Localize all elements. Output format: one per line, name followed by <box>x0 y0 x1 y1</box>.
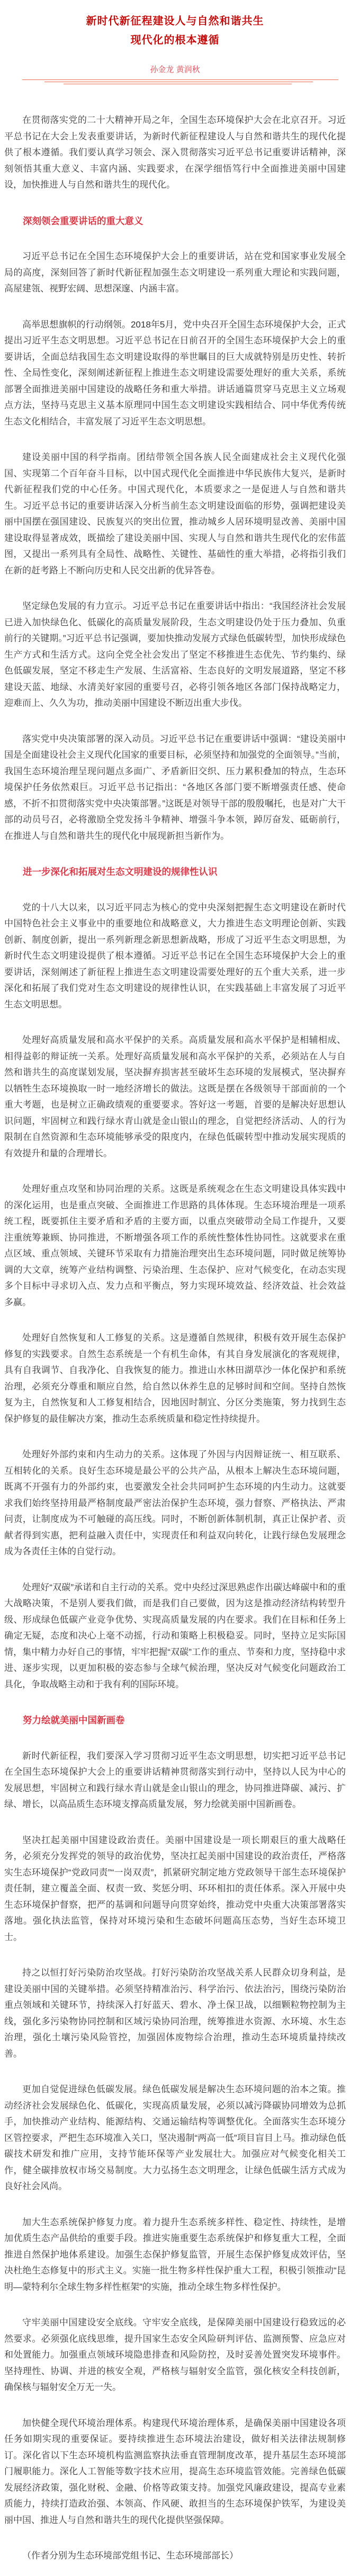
article-paragraph: 处理好外部约束和内生动力的关系。这体现了外因与内因辩证统一、相互联系、互相转化的… <box>4 1447 346 1560</box>
article-paragraph: 党的十八大以来，以习近平同志为核心的党中央深刻把握生态文明建设在新时代中国特色社… <box>4 900 346 1013</box>
title-line-1: 新时代新征程建设人与自然和谐共生 <box>4 12 346 31</box>
article-paragraph: 习近平总书记在全国生态环境保护大会上的重要讲话，站在党和国家事业发展全局的高度，… <box>4 249 346 297</box>
title-line-2: 现代化的根本遵循 <box>4 31 346 50</box>
article-paragraph: 守牢美丽中国建设安全底线。守牢安全底线，是保障美丽中国建设行稳致远的必然要求。必… <box>4 2315 346 2396</box>
article-paragraph: 落实党中央决策部署的深入动员。习近平总书记在重要讲话中强调：“建设美丽中国是全面… <box>4 731 346 845</box>
separator-line-middle <box>44 82 313 82</box>
article-paragraph: 处理好自然恢复和人工修复的关系。这是遵循自然规律，积极有效开展生态保护修复的实践… <box>4 1330 346 1427</box>
article-paragraph: 处理好重点攻坚和协同治理的关系。这既是系统观念在生态文明建设具体实践中的深化运用… <box>4 1181 346 1311</box>
article-paragraph: 坚定绿色发展的有力宣示。习近平总书记在重要讲话中指出：“我国经济社会发展已进入加… <box>4 598 346 712</box>
article-paragraph: 加快健全现代环境治理体系。构建现代环境治理体系，是确保美丽中国建设各项任务如期实… <box>4 2415 346 2529</box>
article-paragraph: 建设美丽中国的科学指南。团结带领全国各族人民全面建成社会主义现代化强国、实现第二… <box>4 449 346 579</box>
author-note: （作者分别为生态环境部党组书记、生态环境部部长） <box>4 2548 346 2564</box>
separator-line-bottom <box>64 84 292 84</box>
article-paragraph: 加大生态系统保护修复力度。着力提升生态系统多样性、稳定性、持续性，是增加优质生态… <box>4 2215 346 2296</box>
article-paragraph: 在贯彻落实党的二十大精神开局之年，全国生态环境保护大会在北京召开。习近平总书记在… <box>4 112 346 193</box>
page-title: 新时代新征程建设人与自然和谐共生 现代化的根本遵循 <box>4 0 346 50</box>
section-heading: 深刻领会重要讲话的重大意义 <box>4 213 346 229</box>
separator-line-top <box>22 79 338 80</box>
section-heading: 努力绘就美丽中国新画卷 <box>4 1712 346 1729</box>
article-paragraph: 持之以恒打好污染防治攻坚战。打好污染防治攻坚战关系人民群众切身利益，是建设美丽中… <box>4 1965 346 2062</box>
article-paragraph: 更加自觉促进绿色低碳发展。绿色低碳发展是解决生态环境问题的治本之策。推动经济社会… <box>4 2082 346 2195</box>
separator-lines <box>4 79 346 86</box>
article-paragraph: 处理好高质量发展和高水平保护的关系。高质量发展和高水平保护是相辅相成、相得益彰的… <box>4 1032 346 1162</box>
section-heading: 进一步深化和拓展对生态文明建设的规律性认识 <box>4 864 346 880</box>
article-paragraph: 坚决扛起美丽中国建设政治责任。美丽中国建设是一项长期艰巨的重大战略任务，必须充分… <box>4 1833 346 1946</box>
article-page: 新时代新征程建设人与自然和谐共生 现代化的根本遵循 孙金龙 黄润秋 在贯彻落实党… <box>0 0 350 2576</box>
article-paragraph: 高举思想旗帜的行动纲领。2018年5月，党中央召开全国生态环境保护大会，正式提出… <box>4 317 346 430</box>
author-byline: 孙金龙 黄润秋 <box>4 65 346 75</box>
article-body: 在贯彻落实党的二十大精神开局之年，全国生态环境保护大会在北京召开。习近平总书记在… <box>4 112 346 2564</box>
article-paragraph: 处理好“双碳”承诺和自主行动的关系。党中央经过深思熟虑作出碳达峰碳中和的重大战略… <box>4 1580 346 1693</box>
article-paragraph: 新时代新征程，我们要深入学习贯彻习近平生态文明思想，切实把习近平总书记在全国生态… <box>4 1748 346 1813</box>
